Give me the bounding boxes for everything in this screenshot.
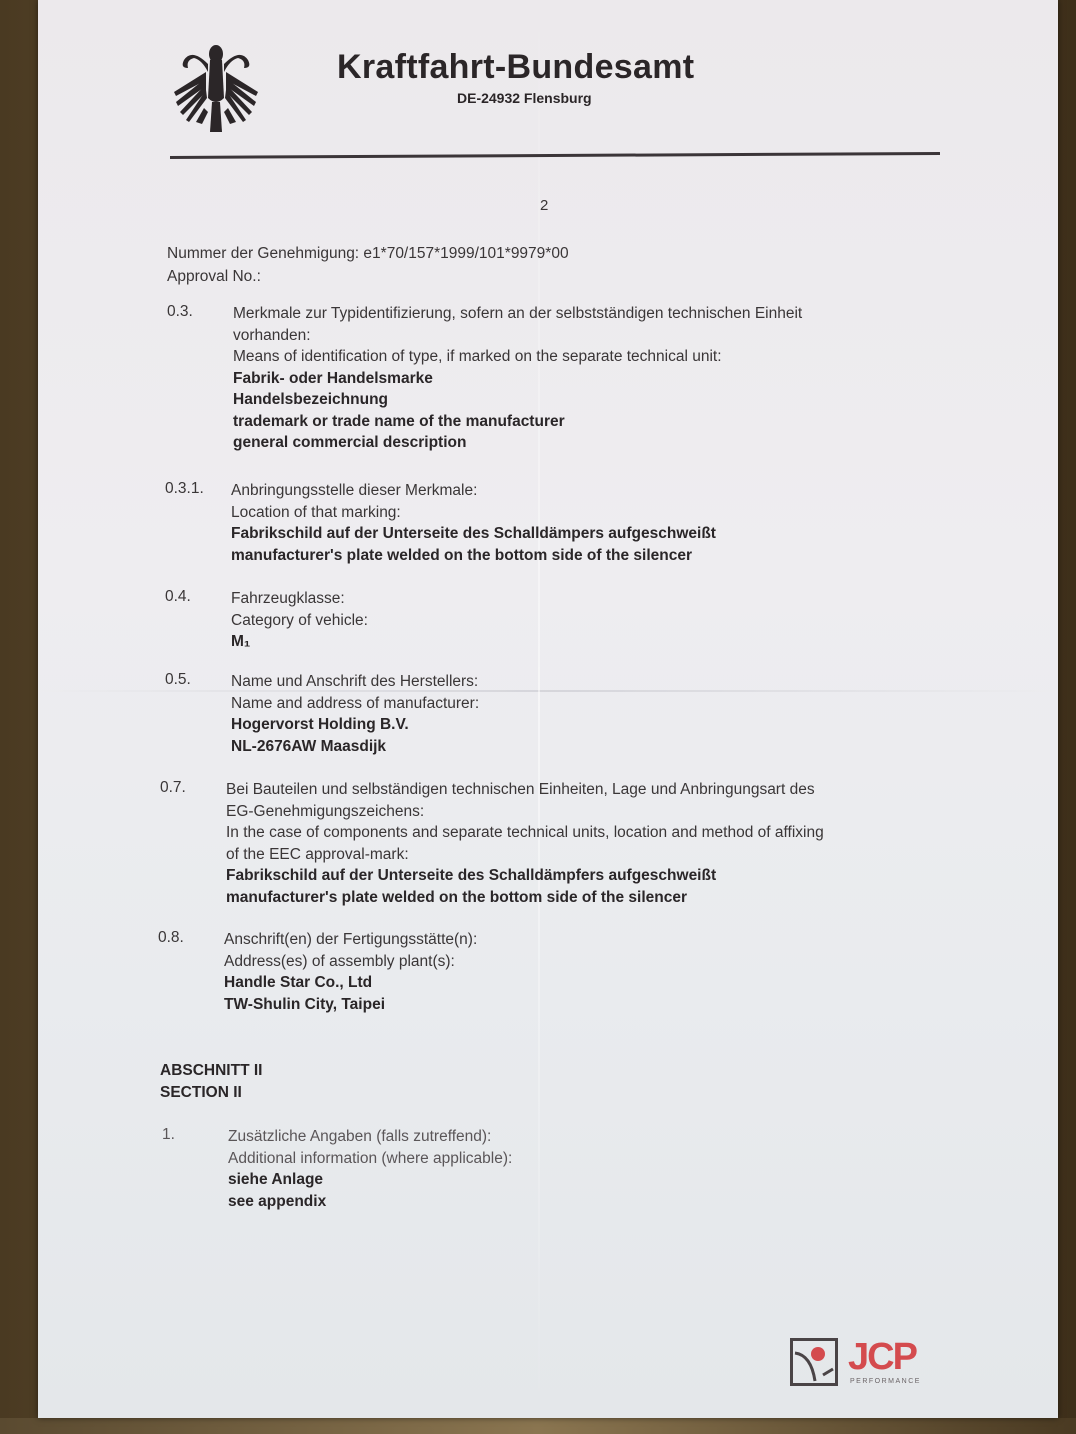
section-body: Anschrift(en) der Fertigungsstätte(n):Ad… <box>224 929 477 1015</box>
section-value: trademark or trade name of the manufactu… <box>233 411 802 433</box>
section-label: Means of identification of type, if mark… <box>233 346 802 368</box>
section-value: M₁ <box>231 631 368 653</box>
section-label: Fahrzeugklasse: <box>231 588 368 610</box>
item-label: Additional information (where applicable… <box>228 1148 512 1170</box>
section-label: Name und Anschrift des Herstellers: <box>231 671 479 693</box>
section-value: Hogervorst Holding B.V. <box>231 714 479 736</box>
section-value: manufacturer's plate welded on the botto… <box>226 887 824 909</box>
item-label: Zusätzliche Angaben (falls zutreffend): <box>228 1126 512 1148</box>
section-body: Anbringungsstelle dieser Merkmale:Locati… <box>231 480 716 566</box>
approval-label-en: Approval No.: <box>167 266 261 287</box>
section-value: Handle Star Co., Ltd <box>224 972 477 994</box>
section-label: Location of that marking: <box>231 502 716 524</box>
jcp-logo-mark-icon <box>790 1338 838 1386</box>
section-label: Bei Bauteilen und selbständigen technisc… <box>226 779 824 801</box>
section-label: Address(es) of assembly plant(s): <box>224 951 477 973</box>
header-divider <box>170 152 940 159</box>
section-value: Fabrik- oder Handelsmarke <box>233 368 802 390</box>
organization-name: Kraftfahrt-Bundesamt <box>337 48 694 87</box>
section-label: of the EEC approval-mark: <box>226 844 824 866</box>
document-content: Kraftfahrt-Bundesamt DE-24932 Flensburg … <box>0 0 1076 1434</box>
item-value: siehe Anlage <box>228 1169 512 1191</box>
section-label: Anschrift(en) der Fertigungsstätte(n): <box>224 929 477 951</box>
section-body: Fahrzeugklasse:Category of vehicle:M₁ <box>231 588 368 653</box>
section-number: 0.7. <box>160 779 186 797</box>
approval-number: Nummer der Genehmigung: e1*70/157*1999/1… <box>167 243 569 264</box>
item-number: 1. <box>162 1126 175 1144</box>
section-value: manufacturer's plate welded on the botto… <box>231 545 716 567</box>
section-number: 0.3. <box>167 303 193 321</box>
section-value: general commercial description <box>233 432 802 454</box>
section-number: 0.8. <box>158 929 184 947</box>
section-value: Fabrikschild auf der Unterseite des Scha… <box>231 523 716 545</box>
section-number: 0.5. <box>165 671 191 689</box>
section-label: Merkmale zur Typidentifizierung, sofern … <box>233 303 802 325</box>
section-body: Name und Anschrift des Herstellers:Name … <box>231 671 479 757</box>
section-label: In the case of components and separate t… <box>226 822 824 844</box>
section-heading-de: ABSCHNITT II <box>160 1060 262 1081</box>
section-label: Name and address of manufacturer: <box>231 693 479 715</box>
section-body: Merkmale zur Typidentifizierung, sofern … <box>233 303 802 454</box>
organization-address: DE-24932 Flensburg <box>457 90 592 106</box>
item-value: see appendix <box>228 1191 512 1213</box>
page-number: 2 <box>540 197 548 214</box>
section-value: Fabrikschild auf der Unterseite des Scha… <box>226 865 824 887</box>
jcp-logo-text: JCP <box>848 1336 916 1379</box>
section-value: NL-2676AW Maasdijk <box>231 736 479 758</box>
jcp-logo-subtitle: PERFORMANCE <box>850 1378 921 1385</box>
section-heading-en: SECTION II <box>160 1082 242 1103</box>
section-value: Handelsbezeichnung <box>233 389 802 411</box>
section-label: EG-Genehmigungszeichens: <box>226 801 824 823</box>
section-value: TW-Shulin City, Taipei <box>224 994 477 1016</box>
section-label: vorhanden: <box>233 325 802 347</box>
section-number: 0.3.1. <box>165 480 204 498</box>
federal-eagle-icon <box>170 38 262 134</box>
section-number: 0.4. <box>165 588 191 606</box>
section-body: Bei Bauteilen und selbständigen technisc… <box>226 779 824 908</box>
item-body: Zusätzliche Angaben (falls zutreffend):A… <box>228 1126 512 1212</box>
jcp-logo: JCP PERFORMANCE <box>788 1334 968 1394</box>
section-label: Anbringungsstelle dieser Merkmale: <box>231 480 716 502</box>
section-label: Category of vehicle: <box>231 610 368 632</box>
